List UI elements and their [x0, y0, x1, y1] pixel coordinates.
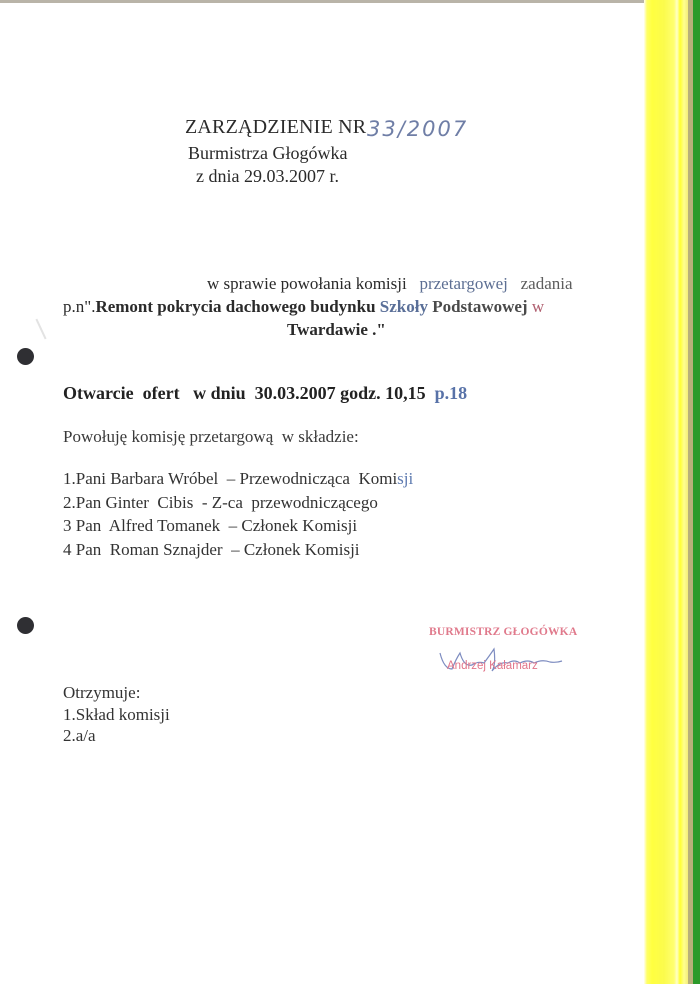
stamp-name: Andrzej Kałamarz [447, 660, 538, 672]
member-item: 2.Pan Ginter Cibis - Z-ca przewodniczące… [63, 491, 413, 515]
punch-hole-bottom [17, 617, 34, 634]
member-item: 1.Pani Barbara Wróbel – Przewodnicząca K… [63, 467, 413, 491]
bid-opening-text: Otwarcie ofert w dniu 30.03.2007 godz. 1… [63, 383, 435, 403]
member-text: 3 Pan Alfred Tomanek – Członek Komisji [63, 516, 357, 535]
subject-prefix: p.n". [63, 297, 95, 316]
member-text: 1.Pani Barbara Wróbel – Przewodnicząca K… [63, 469, 397, 488]
room-number: p.18 [435, 383, 468, 403]
appointment-text: Powołuję komisję przetargową w składzie: [63, 427, 359, 447]
task-name-rest: Podstawowej [428, 297, 528, 316]
subject-text-tinted: przetargowej [419, 274, 507, 293]
recipient-item: 2.a/a [63, 725, 170, 747]
recipient-item: 1.Skład komisji [63, 704, 170, 726]
task-name: Remont pokrycia dachowego budynku [95, 297, 379, 316]
issue-date: z dnia 29.03.2007 r. [196, 166, 339, 187]
subject-text-faded: zadania [508, 274, 573, 293]
subject-line-3: Twardawie ." [287, 320, 386, 340]
member-item: 4 Pan Roman Sznajder – Członek Komisji [63, 538, 413, 562]
stamp-title: BURMISTRZ GŁOGÓWKA [429, 626, 577, 638]
member-text: 4 Pan Roman Sznajder – Członek Komisji [63, 540, 360, 559]
issuer: Burmistrza Głogówka [188, 143, 347, 164]
punch-hole-top [17, 348, 34, 365]
subject-text: w sprawie powołania komisji [207, 274, 419, 293]
recipients: Otrzymuje: 1.Skład komisji 2.a/a [63, 682, 170, 747]
recipients-heading: Otrzymuje: [63, 682, 170, 704]
task-name-end: w [528, 297, 545, 316]
handwritten-number: 33/2007 [367, 117, 468, 141]
subject-line-2: p.n".Remont pokrycia dachowego budynku S… [63, 297, 544, 317]
scan-edge-green [693, 0, 700, 984]
highlighter-strip [644, 0, 688, 984]
subject-line-1: w sprawie powołania komisji przetargowej… [207, 274, 573, 294]
bid-opening: Otwarcie ofert w dniu 30.03.2007 godz. 1… [63, 383, 467, 404]
committee-members: 1.Pani Barbara Wróbel – Przewodnicząca K… [63, 467, 413, 561]
scan-top-border [0, 0, 700, 3]
member-text: 2.Pan Ginter Cibis - Z-ca przewodniczące… [63, 493, 378, 512]
member-item: 3 Pan Alfred Tomanek – Członek Komisji [63, 514, 413, 538]
document-title: ZARZĄDZIENIE NR [185, 116, 366, 139]
member-text-tail: sji [397, 469, 413, 488]
task-name-tinted: Szkoły [380, 297, 428, 316]
scan-mark [35, 319, 46, 340]
